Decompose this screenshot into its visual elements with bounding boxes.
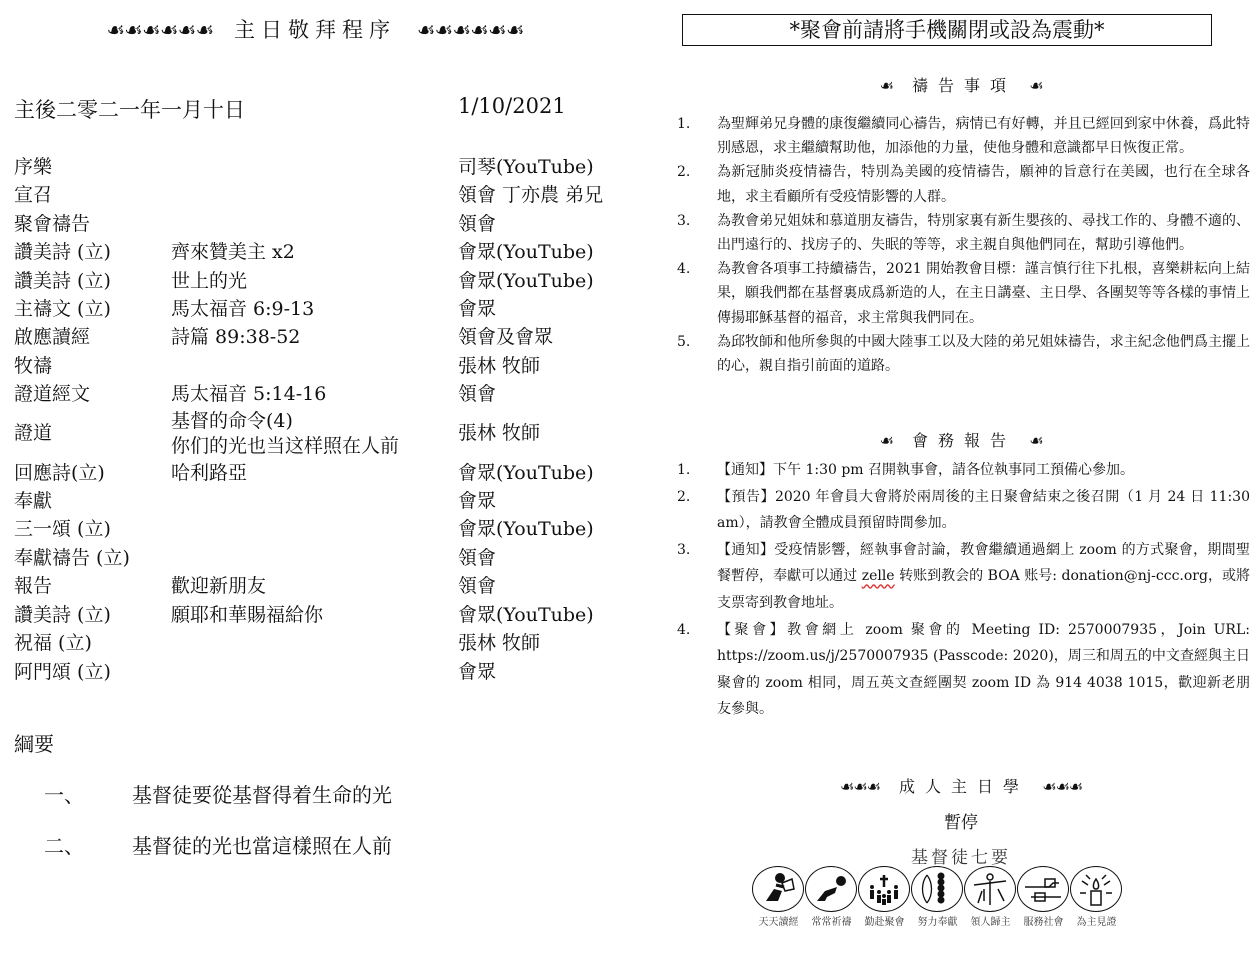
item-text: 【通知】下午 1:30 pm 召開執事會，請各位執事同工預備心參加。	[717, 457, 1250, 484]
service-item: 奉獻	[14, 487, 171, 515]
bible-reading-icon	[752, 866, 804, 912]
item-number: 1.	[672, 457, 717, 484]
service-row: 祝福 (立)張林 牧師	[14, 629, 634, 657]
ornament-icon: ☙	[880, 76, 893, 95]
item-number: 4.	[672, 617, 717, 723]
outline-item: 二、 基督徒的光也當這樣照在人前	[44, 830, 392, 859]
prayer-item: 1.為聖輝弟兄身體的康復繼續同心禱告，病情已有好轉，并且已經回到家中休養，爲此特…	[672, 112, 1250, 160]
ornament-icon: ☙	[880, 431, 893, 450]
item-text: 為邱牧師和他所參與的中國大陸事工以及大陸的弟兄姐妹禱告，求主紀念他們爲主擺上的心…	[717, 330, 1250, 378]
ornament-right-icon: ☙☙☙☙☙☙	[417, 18, 524, 42]
service-leader: 領會	[458, 572, 496, 600]
page-title: 主日敬拜程序	[234, 18, 396, 42]
outline-heading: 綱要	[14, 728, 54, 757]
date-numeric: 1/10/2021	[458, 94, 566, 118]
sunday-school-status: 暫停	[672, 808, 1250, 833]
item-number: 1.	[672, 112, 717, 160]
service-item: 讚美詩 (立)	[14, 238, 171, 266]
item-text: 為聖輝弟兄身體的康復繼續同心禱告，病情已有好轉，并且已經回到家中休養，爲此特別感…	[717, 112, 1250, 160]
gathering-icon	[858, 866, 910, 912]
service-row: 三一頌 (立)會眾(YouTube)	[14, 515, 634, 543]
essential-label: 天天讀經	[752, 913, 805, 928]
prayer-item: 5.為邱牧師和他所參與的中國大陸事工以及大陸的弟兄姐妹禱告，求主紀念他們爲主擺上…	[672, 330, 1250, 378]
service-row: 報告歡迎新朋友領會	[14, 572, 634, 600]
service-row: 阿門頌 (立)會眾	[14, 658, 634, 686]
announcement-item: 3.【通知】受疫情影響，經執事會討論，教會繼續通過網上 zoom 的方式聚會，期…	[672, 537, 1250, 617]
item-number: 4.	[672, 257, 717, 330]
service-detail: 馬太福音 6:9-13	[171, 295, 458, 323]
ornament-icon: ☙☙☙	[1042, 777, 1082, 796]
sermon-title: 基督的命令(4) 你们的光也当这样照在人前	[171, 409, 458, 459]
service-detail: 馬太福音 5:14-16	[171, 380, 458, 408]
phone-silence-notice: *聚會前請將手機關閉或設為震動*	[682, 14, 1212, 46]
outline-text: 基督徒的光也當這樣照在人前	[132, 830, 392, 859]
service-leader: 會眾	[458, 658, 496, 686]
outline-text: 基督徒要從基督得着生命的光	[132, 779, 392, 808]
essential-label: 領人歸主	[964, 913, 1017, 928]
essential-label: 勤赴聚會	[858, 913, 911, 928]
service-detail: 詩篇 89:38-52	[171, 323, 458, 351]
service-leader: 領會	[458, 380, 496, 408]
service-leader: 司琴(YouTube)	[458, 153, 594, 181]
service-item: 阿門頌 (立)	[14, 658, 171, 686]
item-number: 5.	[672, 330, 717, 378]
service-item: 聚會禱告	[14, 210, 171, 238]
ornament-left-icon: ☙☙☙☙☙☙	[106, 18, 213, 42]
seven-essentials-icons	[752, 866, 1123, 912]
item-number: 3.	[672, 209, 717, 257]
service-item: 回應詩(立)	[14, 459, 171, 487]
service-row: 聚會禱告領會	[14, 210, 634, 238]
item-text: 【通知】受疫情影響，經執事會討論，教會繼續通過網上 zoom 的方式聚會，期間聖…	[717, 537, 1250, 617]
announcement-item: 4.【聚會】教會網上 zoom 聚會的 Meeting ID: 25700079…	[672, 617, 1250, 723]
service-row: 牧禱張林 牧師	[14, 352, 634, 380]
service-row: 序樂司琴(YouTube)	[14, 153, 634, 181]
service-detail: 哈利路亞	[171, 459, 458, 487]
seven-essentials-labels: 天天讀經 常常祈禱 勤赴聚會 努力奉獻 領人歸主 服務社會 為主見證	[752, 913, 1123, 928]
service-leader: 領會	[458, 544, 496, 572]
announcement-item: 2.【預告】2020 年會員大會將於兩周後的主日聚會結束之後召開（1 月 24 …	[672, 484, 1250, 537]
service-leader: 會眾(YouTube)	[458, 459, 594, 487]
essential-label: 為主見證	[1070, 913, 1123, 928]
service-leader: 會眾	[458, 295, 496, 323]
item-text: 【預告】2020 年會員大會將於兩周後的主日聚會結束之後召開（1 月 24 日 …	[717, 484, 1250, 537]
evangelism-icon	[964, 866, 1016, 912]
praying-icon	[805, 866, 857, 912]
sermon-series: 基督的命令(4)	[171, 409, 458, 434]
announcement-item: 1.【通知】下午 1:30 pm 召開執事會，請各位執事同工預備心參加。	[672, 457, 1250, 484]
prayer-section-title: ☙ 禱告事項 ☙	[672, 73, 1250, 96]
offering-icon	[911, 866, 963, 912]
service-leader: 張林 牧師	[458, 419, 540, 447]
ornament-icon: ☙	[1029, 76, 1042, 95]
service-leader: 會眾	[458, 487, 496, 515]
essential-label: 努力奉獻	[911, 913, 964, 928]
service-item: 三一頌 (立)	[14, 515, 171, 543]
service-item: 主禱文 (立)	[14, 295, 171, 323]
item-text: 為新冠肺炎疫情禱告，特別為美國的疫情禱告，願神的旨意行在美國，也行在全球各地，求…	[717, 160, 1250, 208]
service-leader: 領會	[458, 210, 496, 238]
service-detail: 世上的光	[171, 267, 458, 295]
service-row: 奉獻禱告 (立)領會	[14, 544, 634, 572]
service-item: 證道經文	[14, 380, 171, 408]
item-number: 2.	[672, 160, 717, 208]
item-number: 2.	[672, 484, 717, 537]
service-item: 奉獻禱告 (立)	[14, 544, 171, 572]
ornament-icon: ☙☙☙	[840, 777, 880, 796]
item-number: 3.	[672, 537, 717, 617]
announcements-section-title: ☙ 會務報告 ☙	[672, 428, 1250, 451]
service-row: 回應詩(立)哈利路亞會眾(YouTube)	[14, 459, 634, 487]
service-row: 啟應讀經詩篇 89:38-52領會及會眾	[14, 323, 634, 351]
service-detail: 齊來贊美主 x2	[171, 238, 458, 266]
service-row: 主禱文 (立)馬太福音 6:9-13會眾	[14, 295, 634, 323]
service-row: 證道經文馬太福音 5:14-16領會	[14, 380, 634, 408]
service-item: 啟應讀經	[14, 323, 171, 351]
service-item: 宣召	[14, 181, 171, 209]
essential-label: 服務社會	[1017, 913, 1070, 928]
service-leader: 會眾(YouTube)	[458, 267, 594, 295]
section-heading: 成人主日學	[899, 777, 1029, 796]
sunday-school-title: ☙☙☙ 成人主日學 ☙☙☙	[672, 774, 1250, 797]
service-row: 讚美詩 (立)世上的光會眾(YouTube)	[14, 267, 634, 295]
announcement-list: 1.【通知】下午 1:30 pm 召開執事會，請各位執事同工預備心參加。 2.【…	[672, 457, 1250, 723]
service-row-sermon: 證道 基督的命令(4) 你们的光也当这样照在人前 張林 牧師	[14, 409, 634, 459]
outline-item: 一、 基督徒要從基督得着生命的光	[44, 779, 392, 808]
service-item: 證道	[14, 419, 171, 447]
seven-essentials-title: 基督徒七要	[672, 843, 1250, 868]
service-order-title: ☙☙☙☙☙☙ 主日敬拜程序 ☙☙☙☙☙☙	[100, 14, 530, 44]
prayer-item: 2.為新冠肺炎疫情禱告，特別為美國的疫情禱告，願神的旨意行在美國，也行在全球各地…	[672, 160, 1250, 208]
service-leader: 領會 丁亦農 弟兄	[458, 181, 603, 209]
spellcheck-flagged-word: zelle	[862, 568, 895, 584]
prayer-item: 3.為教會弟兄姐妹和慕道朋友禱告，特別家裏有新生嬰孩的、尋找工作的、身體不適的、…	[672, 209, 1250, 257]
service-row: 奉獻會眾	[14, 487, 634, 515]
service-detail: 歡迎新朋友	[171, 572, 458, 600]
service-item: 讚美詩 (立)	[14, 601, 171, 629]
service-item: 序樂	[14, 153, 171, 181]
service-row: 宣召領會 丁亦農 弟兄	[14, 181, 634, 209]
service-leader: 會眾(YouTube)	[458, 238, 594, 266]
item-text: 為教會各項事工持續禱告，2021 開始教會目標：謹言慎行往下扎根，喜樂耕耘向上結…	[717, 257, 1250, 330]
service-leader: 張林 牧師	[458, 352, 540, 380]
order-of-service: 序樂司琴(YouTube) 宣召領會 丁亦農 弟兄 聚會禱告領會 讚美詩 (立)…	[14, 153, 634, 686]
section-heading: 禱告事項	[912, 76, 1016, 95]
service-leader: 會眾(YouTube)	[458, 601, 594, 629]
ornament-icon: ☙	[1029, 431, 1042, 450]
outline-number: 一、	[44, 779, 132, 808]
service-leader: 領會及會眾	[458, 323, 553, 351]
item-text: 【聚會】教會網上 zoom 聚會的 Meeting ID: 2570007935…	[717, 617, 1250, 723]
essential-label: 常常祈禱	[805, 913, 858, 928]
sermon-subtitle: 你们的光也当这样照在人前	[171, 434, 458, 459]
service-item: 牧禱	[14, 352, 171, 380]
service-item: 祝福 (立)	[14, 629, 171, 657]
service-leader: 會眾(YouTube)	[458, 515, 594, 543]
service-icon	[1017, 866, 1069, 912]
prayer-item: 4.為教會各項事工持續禱告，2021 開始教會目標：謹言慎行往下扎根，喜樂耕耘向…	[672, 257, 1250, 330]
item-text: 為教會弟兄姐妹和慕道朋友禱告，特別家裏有新生嬰孩的、尋找工作的、身體不適的、出門…	[717, 209, 1250, 257]
service-leader: 張林 牧師	[458, 629, 540, 657]
service-item: 讚美詩 (立)	[14, 267, 171, 295]
candle-witness-icon	[1070, 866, 1122, 912]
outline-number: 二、	[44, 830, 132, 859]
service-detail: 願耶和華賜福給你	[171, 601, 458, 629]
section-heading: 會務報告	[912, 431, 1016, 450]
service-row: 讚美詩 (立)齊來贊美主 x2會眾(YouTube)	[14, 238, 634, 266]
prayer-list: 1.為聖輝弟兄身體的康復繼續同心禱告，病情已有好轉，并且已經回到家中休養，爲此特…	[672, 112, 1250, 378]
date-chinese: 主後二零二一年一月十日	[14, 94, 245, 124]
service-row: 讚美詩 (立)願耶和華賜福給你會眾(YouTube)	[14, 601, 634, 629]
service-item: 報告	[14, 572, 171, 600]
